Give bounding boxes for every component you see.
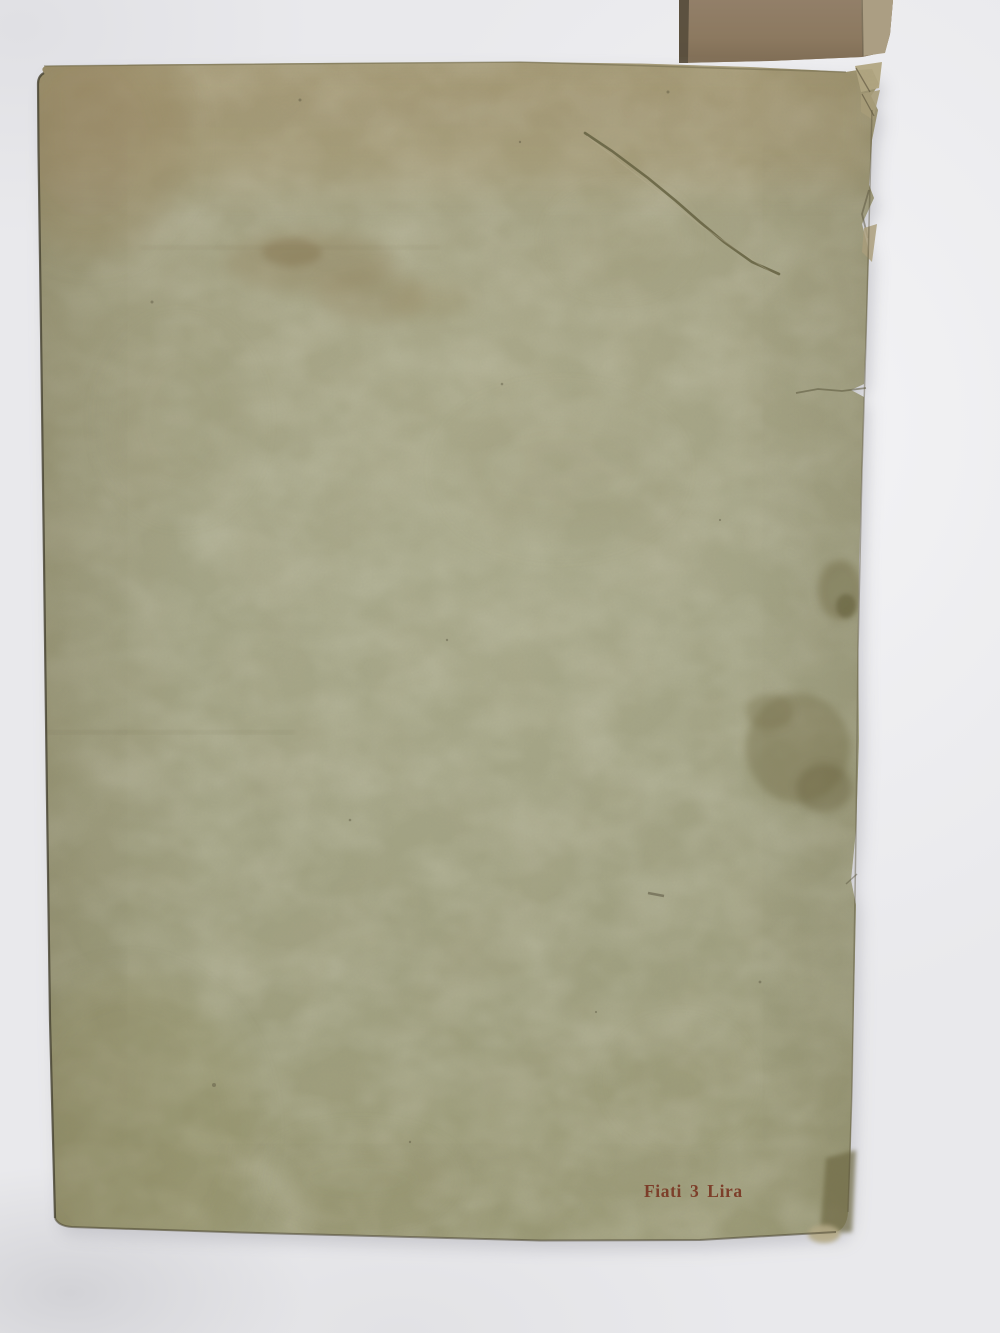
book-photo: Fiati 3 Lira [0, 0, 1000, 1333]
book-cover: Fiati 3 Lira [0, 25, 895, 1285]
cardboard-crease-line [862, 0, 863, 56]
photo-canvas: Fiati 3 Lira [0, 0, 1000, 1333]
cardboard-main-shade [679, 0, 893, 63]
price-stamp-text: Fiati 3 Lira [644, 1181, 743, 1201]
paper-grain [25, 50, 895, 1250]
cardboard-light-edge [861, 0, 893, 56]
cardboard-dark-edge [679, 0, 689, 63]
cardboard-strip [679, 0, 893, 63]
